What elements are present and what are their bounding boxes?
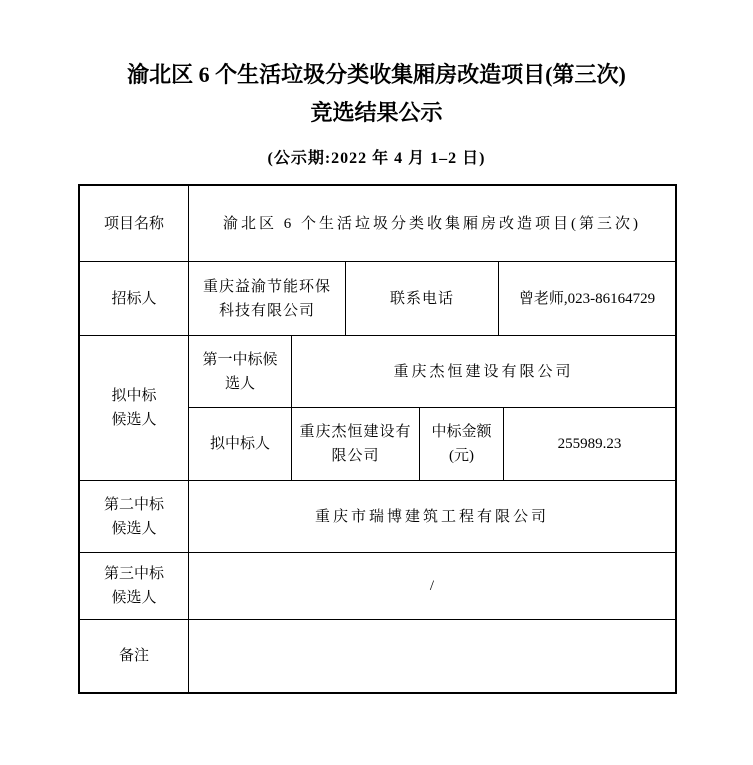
tenderee-label: 招标人 — [111, 287, 156, 311]
tenderee-row: 招标人 重庆益渝节能环保 科技有限公司 联系电话 曾老师,023-8616472… — [80, 261, 675, 335]
remarks-value-cell — [188, 620, 675, 692]
second-candidate-value: 重庆市瑞博建筑工程有限公司 — [315, 505, 549, 529]
third-candidate-value-cell: / — [188, 553, 675, 619]
page-title: 渝北区 6 个生活垃圾分类收集厢房改造项目(第三次) 竞选结果公示 — [40, 56, 713, 132]
publicity-period: (公示期:2022 年 4 月 1–2 日) — [0, 145, 753, 168]
tenderee-name-cell: 重庆益渝节能环保 科技有限公司 — [188, 262, 345, 335]
contact-value-cell: 曾老师,023-86164729 — [498, 262, 675, 335]
candidates-row: 拟中标 候选人 第一中标候 选人 重庆杰恒建设有限公司 拟中标人 重庆杰恒建设有… — [80, 335, 675, 480]
second-candidate-label-cell: 第二中标 候选人 — [80, 481, 188, 552]
third-candidate-value: / — [430, 574, 434, 598]
results-table: 项目名称 渝北区 6 个生活垃圾分类收集厢房改造项目(第三次) 招标人 重庆益渝… — [78, 184, 677, 694]
first-candidate-subrow: 第一中标候 选人 重庆杰恒建设有限公司 — [189, 336, 675, 407]
first-candidate-label: 第一中标候 选人 — [202, 348, 277, 396]
bid-amount-label-cell: 中标金额 (元) — [419, 408, 503, 480]
second-candidate-label: 第二中标 候选人 — [104, 493, 164, 541]
third-candidate-label: 第三中标 候选人 — [104, 562, 164, 610]
remarks-label-cell: 备注 — [80, 620, 188, 692]
project-name-value: 渝北区 6 个生活垃圾分类收集厢房改造项目(第三次) — [223, 212, 641, 236]
remarks-row: 备注 — [80, 619, 675, 692]
second-candidate-row: 第二中标 候选人 重庆市瑞博建筑工程有限公司 — [80, 480, 675, 552]
tenderee-name: 重庆益渝节能环保 科技有限公司 — [203, 275, 331, 323]
candidates-detail-column: 第一中标候 选人 重庆杰恒建设有限公司 拟中标人 重庆杰恒建设有 限公司 中标金… — [188, 336, 675, 480]
second-candidate-value-cell: 重庆市瑞博建筑工程有限公司 — [188, 481, 675, 552]
proposed-winner-company: 重庆杰恒建设有 限公司 — [299, 420, 411, 468]
contact-label: 联系电话 — [390, 287, 454, 311]
candidates-label: 拟中标 候选人 — [111, 384, 156, 432]
remarks-label: 备注 — [119, 644, 149, 668]
project-name-label: 项目名称 — [104, 212, 164, 236]
page-title-line1: 渝北区 6 个生活垃圾分类收集厢房改造项目(第三次) — [40, 56, 713, 94]
bid-amount-value: 255989.23 — [558, 432, 622, 456]
first-candidate-value: 重庆杰恒建设有限公司 — [393, 360, 573, 384]
proposed-winner-label: 拟中标人 — [210, 432, 270, 456]
proposed-winner-label-cell: 拟中标人 — [189, 408, 291, 480]
first-candidate-value-cell: 重庆杰恒建设有限公司 — [291, 336, 675, 407]
contact-value: 曾老师,023-86164729 — [519, 287, 655, 311]
project-name-row: 项目名称 渝北区 6 个生活垃圾分类收集厢房改造项目(第三次) — [80, 186, 675, 261]
third-candidate-label-cell: 第三中标 候选人 — [80, 553, 188, 619]
contact-label-cell: 联系电话 — [345, 262, 498, 335]
project-name-value-cell: 渝北区 6 个生活垃圾分类收集厢房改造项目(第三次) — [188, 186, 675, 261]
bid-amount-label: 中标金额 (元) — [431, 420, 491, 468]
proposed-winner-company-cell: 重庆杰恒建设有 限公司 — [291, 408, 419, 480]
proposed-winner-subrow: 拟中标人 重庆杰恒建设有 限公司 中标金额 (元) 255989.23 — [189, 407, 675, 480]
first-candidate-label-cell: 第一中标候 选人 — [189, 336, 291, 407]
bid-amount-value-cell: 255989.23 — [503, 408, 675, 480]
document-header: 渝北区 6 个生活垃圾分类收集厢房改造项目(第三次) 竞选结果公示 (公示期:2… — [0, 0, 753, 168]
tenderee-label-cell: 招标人 — [80, 262, 188, 335]
page-title-line2: 竞选结果公示 — [40, 94, 713, 132]
candidates-label-cell: 拟中标 候选人 — [80, 336, 188, 480]
project-name-label-cell: 项目名称 — [80, 186, 188, 261]
third-candidate-row: 第三中标 候选人 / — [80, 552, 675, 619]
